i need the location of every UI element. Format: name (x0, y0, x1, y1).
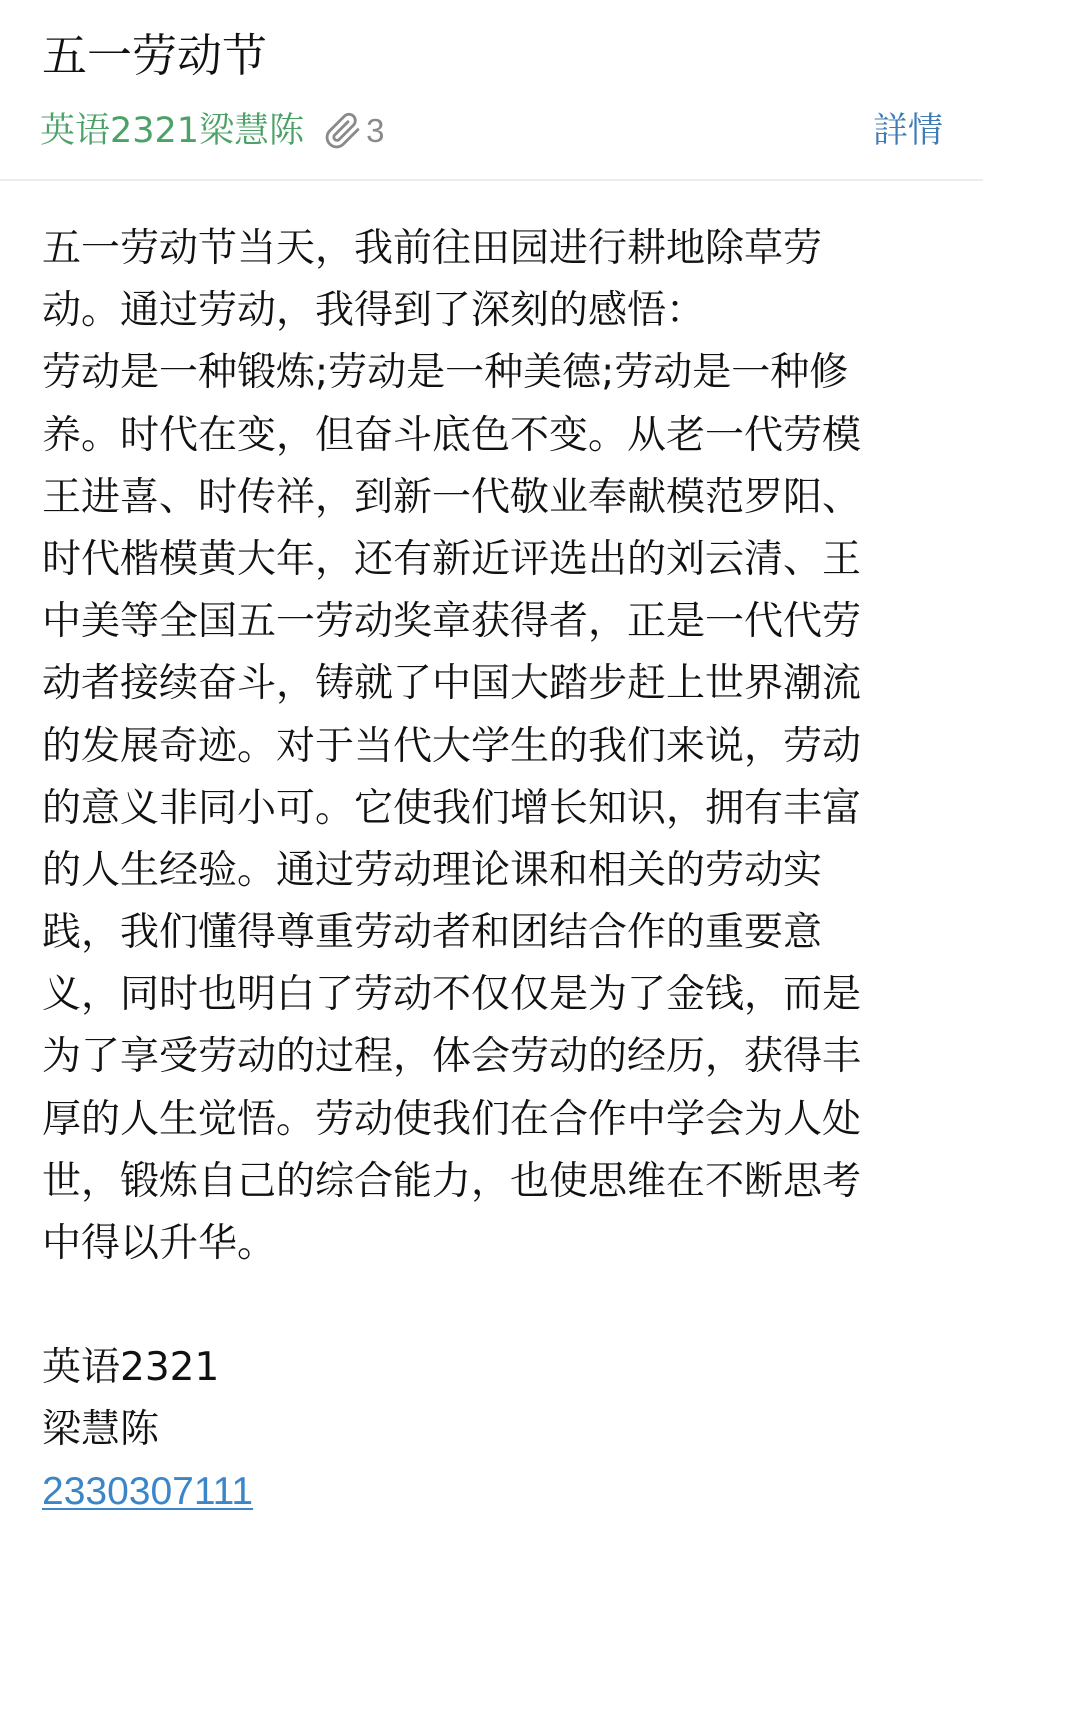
body-line: 王进喜、时传祥，到新一代敬业奉献模范罗阳、 (42, 467, 922, 529)
body-line: 动。通过劳动，我得到了深刻的感悟： (42, 280, 922, 342)
note-body: 五一劳动节当天，我前往田园进行耕地除草劳 动。通过劳动，我得到了深刻的感悟： 劳… (42, 218, 922, 1275)
body-line: 义，同时也明白了劳动不仅仅是为了金钱，而是 (42, 964, 922, 1026)
signature-class: 英语2321 (42, 1337, 253, 1399)
body-line: 时代楷模黄大年，还有新近评选出的刘云清、王 (42, 529, 922, 591)
body-line: 五一劳动节当天，我前往田园进行耕地除草劳 (42, 218, 922, 280)
attachment-count: 3 (366, 108, 384, 154)
attachments-button[interactable]: 3 (324, 108, 384, 154)
body-line: 为了享受劳动的过程，体会劳动的经历，获得丰 (42, 1026, 922, 1088)
body-line: 养。时代在变，但奋斗底色不变。从老一代劳模 (42, 405, 922, 467)
body-line: 动者接续奋斗，铸就了中国大踏步赶上世界潮流 (42, 653, 922, 715)
signature-block: 英语2321 梁慧陈 2330307111 (42, 1337, 253, 1523)
note-detail-page: 五一劳动节 英语2321梁慧陈 3 詳情 五一劳动节当天，我前往田园进行耕地除草… (0, 0, 983, 1724)
details-link[interactable]: 詳情 (873, 108, 943, 154)
body-line: 践，我们懂得尊重劳动者和团结合作的重要意 (42, 902, 922, 964)
page-title: 五一劳动节 (42, 28, 267, 84)
body-line: 世，锻炼自己的综合能力，也使思维在不断思考 (42, 1151, 922, 1213)
signature-name: 梁慧陈 (42, 1399, 253, 1461)
phone-number-link[interactable]: 2330307111 (42, 1470, 253, 1513)
body-line: 的人生经验。通过劳动理论课和相关的劳动实 (42, 840, 922, 902)
body-line: 的发展奇迹。对于当代大学生的我们来说，劳动 (42, 716, 922, 778)
body-line: 中美等全国五一劳动奖章获得者，正是一代代劳 (42, 591, 922, 653)
paperclip-icon (324, 112, 362, 150)
note-header: 五一劳动节 英语2321梁慧陈 3 詳情 (0, 0, 983, 181)
body-line: 的意义非同小可。它使我们增长知识，拥有丰富 (42, 778, 922, 840)
meta-row: 英语2321梁慧陈 3 詳情 (40, 108, 943, 154)
body-line: 劳动是一种锻炼;劳动是一种美德;劳动是一种修 (42, 342, 922, 404)
body-line: 中得以升华。 (42, 1213, 922, 1275)
body-line: 厚的人生觉悟。劳动使我们在合作中学会为人处 (42, 1089, 922, 1151)
author-link[interactable]: 英语2321梁慧陈 (40, 108, 304, 154)
